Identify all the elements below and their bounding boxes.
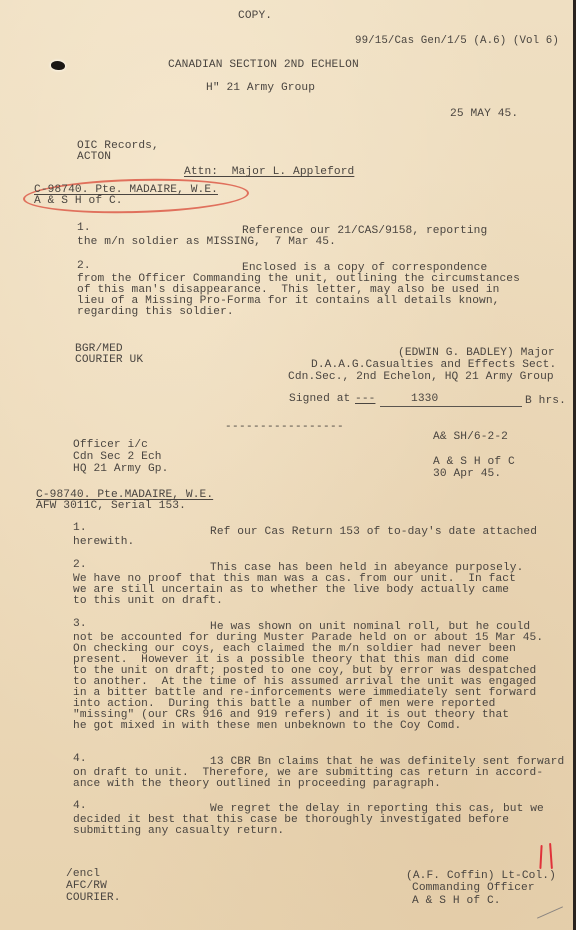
paragraph-number: 1.: [77, 223, 91, 235]
file-reference: 99/15/Cas Gen/1/5 (A.6) (Vol 6): [355, 36, 559, 48]
footer-courier: COURIER.: [66, 893, 121, 905]
punch-hole: [51, 61, 65, 70]
paragraph-line: the m/n soldier as MISSING, 7 Mar 45.: [77, 237, 336, 249]
co-signature-title: Commanding Officer: [412, 883, 535, 895]
paragraph-number: 3.: [73, 619, 87, 631]
red-tick-mark: [539, 845, 542, 869]
paragraph-line: submitting any casualty return.: [73, 826, 284, 838]
footer-enclosure-note: /encl: [66, 869, 100, 881]
signed-at-time-field: [380, 394, 522, 407]
section-separator: -----------------: [225, 422, 344, 434]
signed-at-suffix: B hrs.: [525, 396, 566, 408]
reference-initials-line2: COURIER UK: [75, 355, 143, 367]
signed-at-label: Signed at: [289, 394, 350, 406]
paragraph-first-line: Ref our Cas Return 153 of to-day's date …: [210, 527, 537, 539]
paragraph-line: herewith.: [73, 537, 134, 549]
paragraph-line: to this unit on draft.: [73, 596, 223, 608]
paragraph-number: 4.: [73, 801, 87, 813]
signed-at-dashes: ---: [355, 394, 375, 406]
attention-line: Attn: Major L. Appleford: [184, 167, 354, 179]
paragraph-line: he got mixed in with these men unbeknown…: [73, 721, 461, 733]
paragraph-number: 2.: [77, 261, 91, 273]
letterhead-line2: H" 21 Army Group: [206, 83, 315, 95]
signature-name: (EDWIN G. BADLEY) Major: [398, 348, 555, 360]
paragraph-number: 2.: [73, 560, 87, 572]
enclosure-recipient-line2: Cdn Sec 2 Ech: [73, 452, 162, 464]
footer-initials: AFC/RW: [66, 881, 107, 893]
letter-date: 25 MAY 45.: [450, 109, 518, 121]
subject-line2: A & S H of C.: [34, 196, 123, 208]
copy-mark: COPY.: [238, 11, 272, 23]
paragraph-number: 4.: [73, 754, 87, 766]
enclosure-subject-line2: AFW 3011C, Serial 153.: [36, 501, 186, 513]
enclosure-recipient-line3: HQ 21 Army Gp.: [73, 464, 168, 476]
scanned-letter-page: COPY. 99/15/Cas Gen/1/5 (A.6) (Vol 6) CA…: [0, 0, 576, 930]
enclosure-date: 30 Apr 45.: [433, 469, 501, 481]
co-signature-name: (A.F. Coffin) Lt-Col.): [406, 871, 556, 883]
pencil-stroke: [537, 906, 563, 918]
signature-title: D.A.A.G.Casualties and Effects Sect.: [311, 360, 556, 372]
paragraph-number: 1.: [73, 523, 87, 535]
red-tick-mark: [549, 843, 553, 869]
recipient-line2: ACTON: [77, 152, 111, 164]
paragraph-line: ance with the theory outlined in proceed…: [73, 779, 441, 791]
enclosure-reference: A& SH/6-2-2: [433, 432, 508, 444]
signature-unit: Cdn.Sec., 2nd Echelon, HQ 21 Army Group: [288, 372, 554, 384]
enclosure-from-unit: A & S H of C: [433, 457, 515, 469]
co-signature-unit: A & S H of C.: [412, 896, 501, 908]
letterhead-line1: CANADIAN SECTION 2ND ECHELON: [168, 60, 359, 72]
signed-at-time: 1330: [411, 394, 438, 406]
paragraph-line: regarding this soldier.: [77, 307, 234, 319]
enclosure-recipient-line1: Officer i/c: [73, 440, 148, 452]
